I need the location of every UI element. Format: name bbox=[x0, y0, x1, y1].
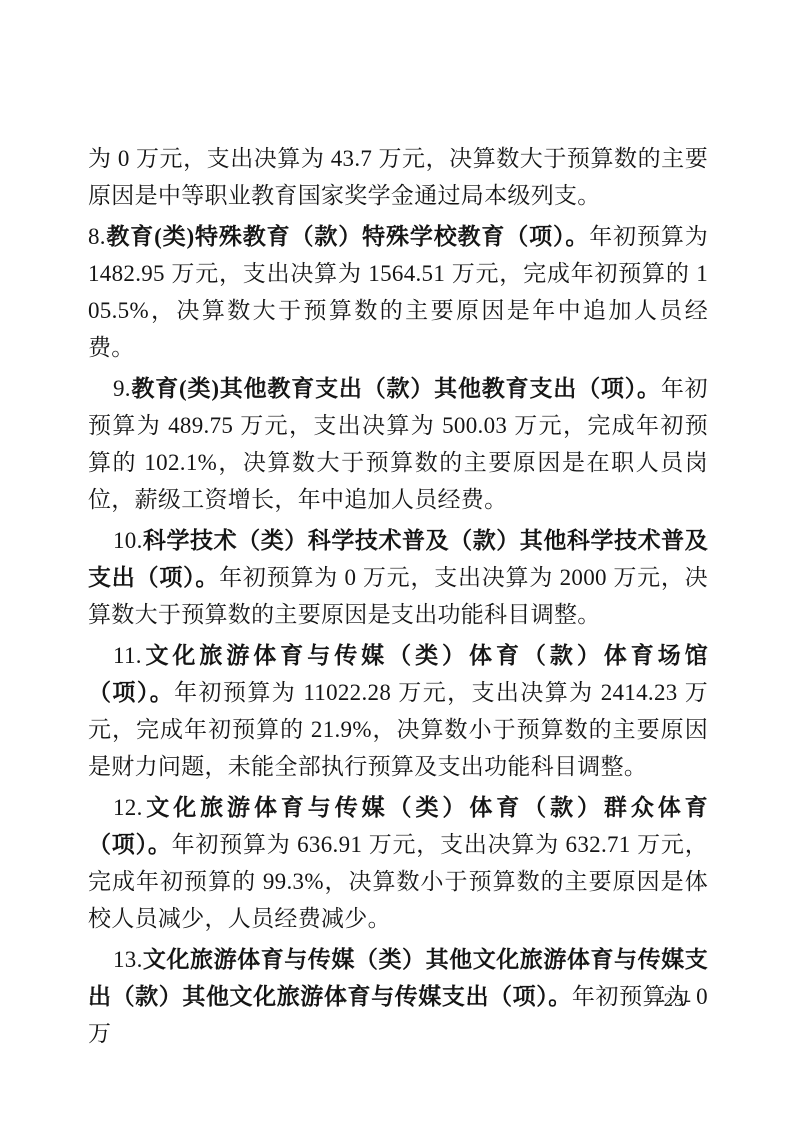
paragraph-continuation: 为 0 万元，支出决算为 43.7 万元，决算数大于预算数的主要原因是中等职业教… bbox=[88, 140, 708, 214]
document-page: 为 0 万元，支出决算为 43.7 万元，决算数大于预算数的主要原因是中等职业教… bbox=[0, 0, 793, 1122]
paragraph-item-13: 13.文化旅游体育与传媒（类）其他文化旅游体育与传媒支出（款）其他文化旅游体育与… bbox=[88, 941, 708, 1052]
paragraph-item-10: 10.科学技术（类）科学技术普及（款）其他科学技术普及支出（项）。年初预算为 0… bbox=[88, 522, 708, 633]
paragraph-body: 年初预算为 11022.28 万元，支出决算为 2414.23 万元，完成年初预… bbox=[88, 680, 708, 779]
paragraph-title: 教育(类)特殊教育（款）特殊学校教育（项）。 bbox=[106, 224, 589, 249]
paragraph-number: 10. bbox=[113, 528, 143, 553]
paragraph-item-9: 9.教育(类)其他教育支出（款）其他教育支出（项）。年初预算为 489.75 万… bbox=[88, 370, 708, 518]
paragraph-title: 教育(类)其他教育支出（款）其他教育支出（项）。 bbox=[131, 376, 661, 401]
paragraph-body: 为 0 万元，支出决算为 43.7 万元，决算数大于预算数的主要原因是中等职业教… bbox=[88, 146, 708, 208]
paragraph-item-11: 11.文化旅游体育与传媒（类）体育（款）体育场馆（项）。年初预算为 11022.… bbox=[88, 637, 708, 785]
paragraph-item-8: 8.教育(类)特殊教育（款）特殊学校教育（项）。年初预算为 1482.95 万元… bbox=[88, 218, 708, 366]
paragraph-body: 年初预算为 636.91 万元，支出决算为 632.71 万元，完成年初预算的 … bbox=[88, 832, 708, 931]
paragraph-number: 12. bbox=[113, 795, 143, 820]
paragraph-number: 11. bbox=[113, 643, 142, 668]
paragraph-item-12: 12.文化旅游体育与传媒（类）体育（款）群众体育（项）。年初预算为 636.91… bbox=[88, 789, 708, 937]
page-number: -23- bbox=[656, 990, 692, 1012]
paragraph-number: 13. bbox=[113, 947, 143, 972]
document-body: 为 0 万元，支出决算为 43.7 万元，决算数大于预算数的主要原因是中等职业教… bbox=[88, 140, 708, 1056]
paragraph-number: 8. bbox=[88, 224, 106, 249]
paragraph-number: 9. bbox=[113, 376, 131, 401]
